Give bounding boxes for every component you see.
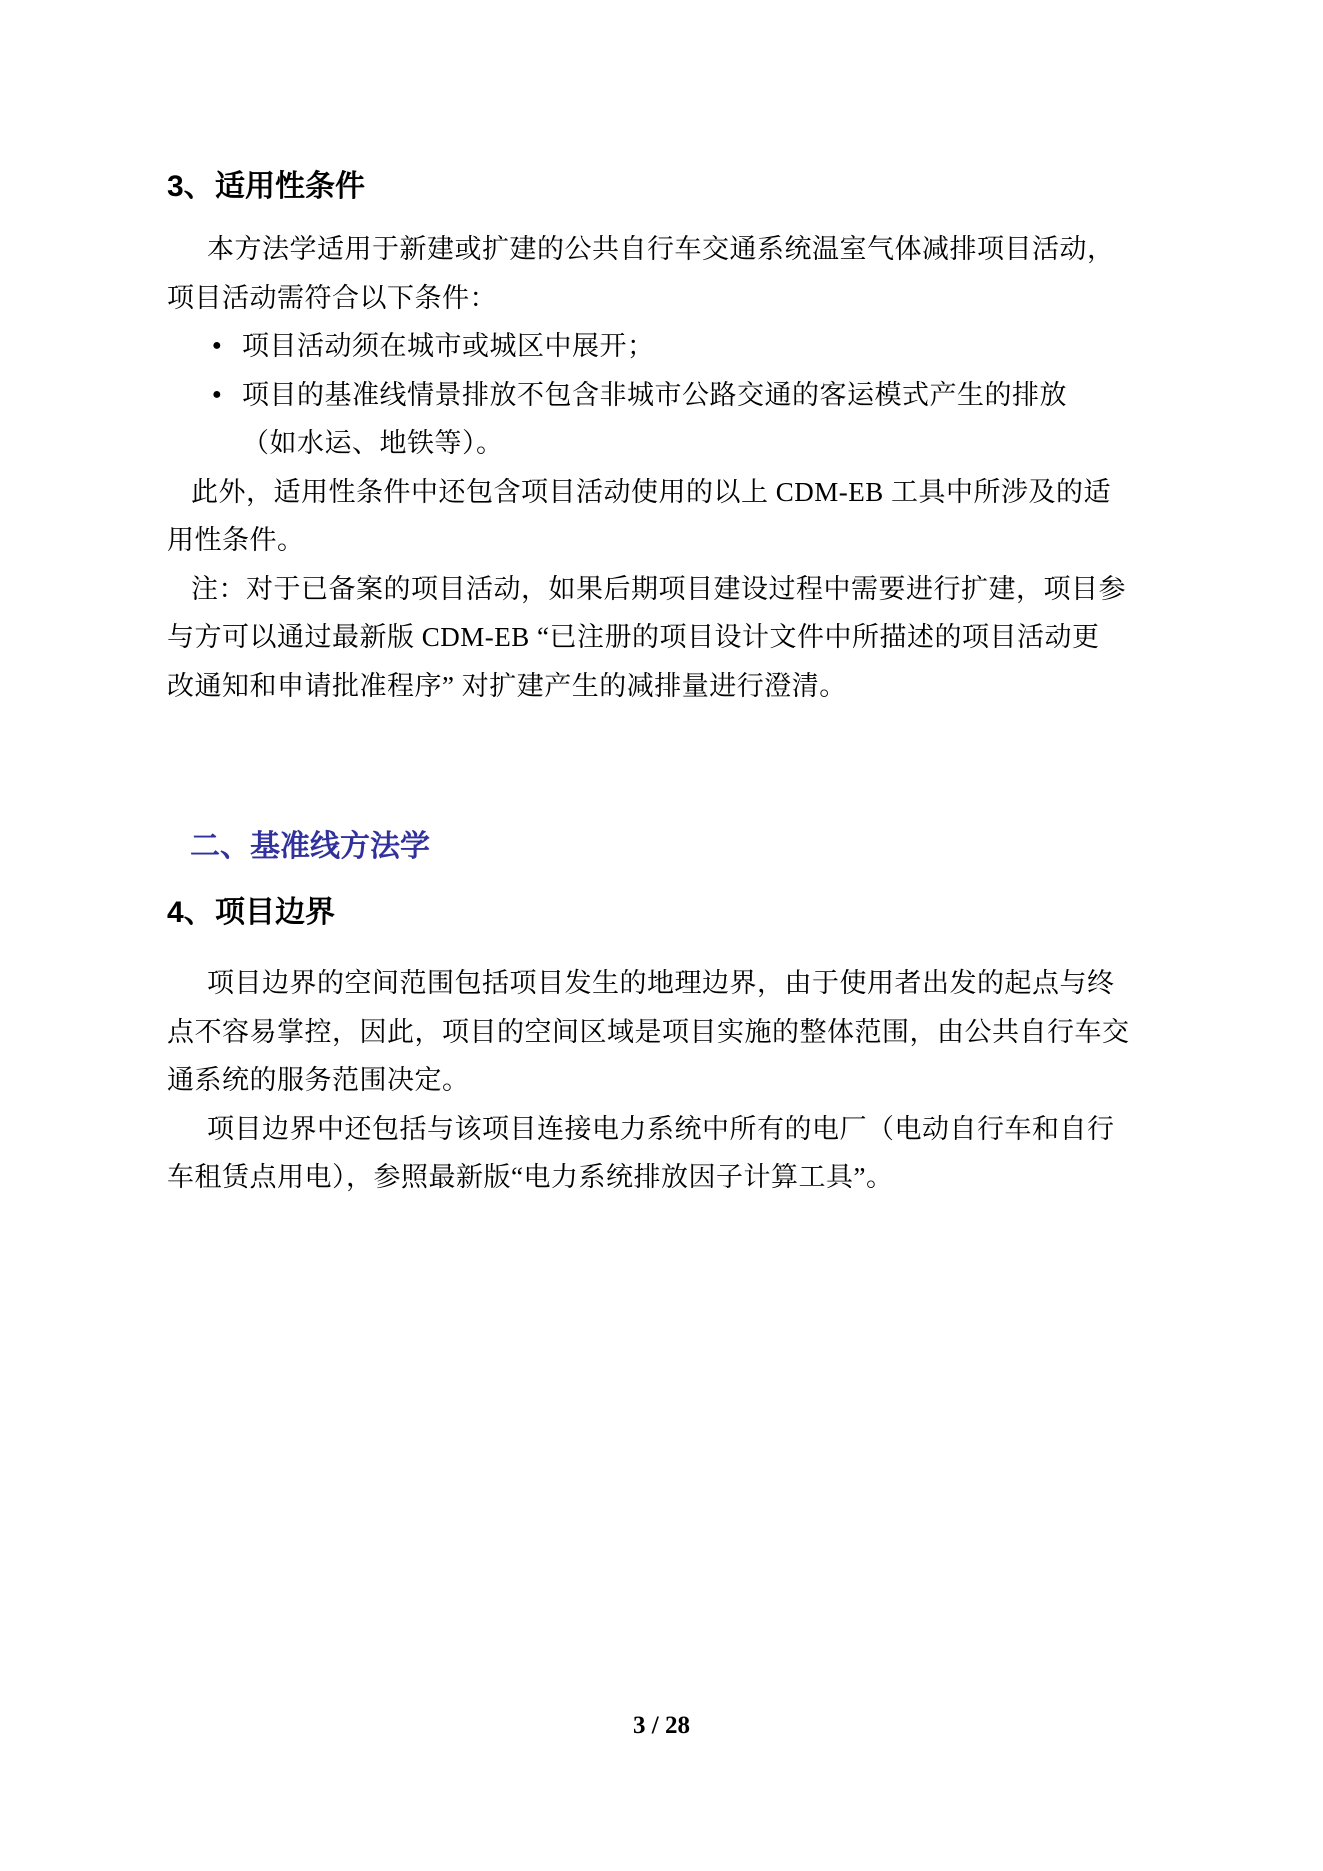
section-4-heading: 4、 项目边界: [167, 896, 1177, 930]
section-3-title: 适用性条件: [215, 170, 365, 204]
document-page: 3、 适用性条件 本方法学适用于新建或扩建的公共自行车交通系统温室气体减排项目活…: [0, 0, 1323, 1871]
section-4-number: 4、: [167, 896, 215, 930]
text-line: 与方可以通过最新版 CDM-EB “已注册的项目设计文件中所描述的项目活动更: [167, 613, 1177, 662]
text-line: 改通知和申请批准程序” 对扩建产生的减排量进行澄清。: [167, 662, 1177, 711]
paragraph-project-boundary-power: 项目边界中还包括与该项目连接电力系统中所有的电厂（电动自行车和自行 车租赁点用电…: [167, 1105, 1177, 1202]
paragraph-applicability-intro: 本方法学适用于新建或扩建的公共自行车交通系统温室气体减排项目活动， 项目活动需符…: [167, 225, 1177, 322]
section-3-heading: 3、 适用性条件: [167, 170, 1177, 204]
text-line: 通系统的服务范围决定。: [167, 1056, 1177, 1105]
section-3-number: 3、: [167, 170, 215, 204]
text-line: 车租赁点用电），参照最新版“电力系统排放因子计算工具”。: [167, 1153, 1177, 1202]
bullet-item-city-condition: ● 项目活动须在城市或城区中展开；: [167, 322, 1177, 371]
text-line: 项目的基准线情景排放不包含非城市公路交通的客运模式产生的排放: [242, 371, 1177, 420]
text-line: 项目边界中还包括与该项目连接电力系统中所有的电厂（电动自行车和自行: [167, 1105, 1177, 1154]
bullet-item-baseline-condition: ● 项目的基准线情景排放不包含非城市公路交通的客运模式产生的排放 （如水运、地铁…: [167, 371, 1177, 468]
page-number: 3 / 28: [0, 1712, 1323, 1740]
text-line: （如水运、地铁等）。: [242, 419, 1177, 468]
chapter-2-number: 二、: [190, 829, 250, 865]
text-line: 用性条件。: [167, 516, 1177, 565]
text-line: 此外，适用性条件中还包含项目活动使用的以上 CDM-EB 工具中所涉及的适: [167, 468, 1177, 517]
chapter-2-title: 基准线方法学: [250, 829, 430, 865]
bullet-icon: ●: [212, 322, 222, 371]
paragraph-note-registered-projects: 注：对于已备案的项目活动，如果后期项目建设过程中需要进行扩建，项目参 与方可以通…: [167, 565, 1177, 711]
text-line: 项目活动须在城市或城区中展开；: [242, 322, 1177, 371]
paragraph-additional-conditions: 此外，适用性条件中还包含项目活动使用的以上 CDM-EB 工具中所涉及的适 用性…: [167, 468, 1177, 565]
text-line: 项目活动需符合以下条件：: [167, 274, 1177, 323]
paragraph-project-boundary-spatial: 项目边界的空间范围包括项目发生的地理边界，由于使用者出发的起点与终 点不容易掌控…: [167, 959, 1177, 1105]
text-line: 项目边界的空间范围包括项目发生的地理边界，由于使用者出发的起点与终: [167, 959, 1177, 1008]
text-line: 点不容易掌控，因此，项目的空间区域是项目实施的整体范围，由公共自行车交: [167, 1008, 1177, 1057]
section-4-title: 项目边界: [215, 896, 335, 930]
text-line: 注：对于已备案的项目活动，如果后期项目建设过程中需要进行扩建，项目参: [167, 565, 1177, 614]
bullet-icon: ●: [212, 371, 222, 420]
text-line: 本方法学适用于新建或扩建的公共自行车交通系统温室气体减排项目活动，: [167, 225, 1177, 274]
chapter-2-heading: 二、 基准线方法学: [167, 829, 1177, 865]
document-content: 3、 适用性条件 本方法学适用于新建或扩建的公共自行车交通系统温室气体减排项目活…: [167, 0, 1177, 1202]
